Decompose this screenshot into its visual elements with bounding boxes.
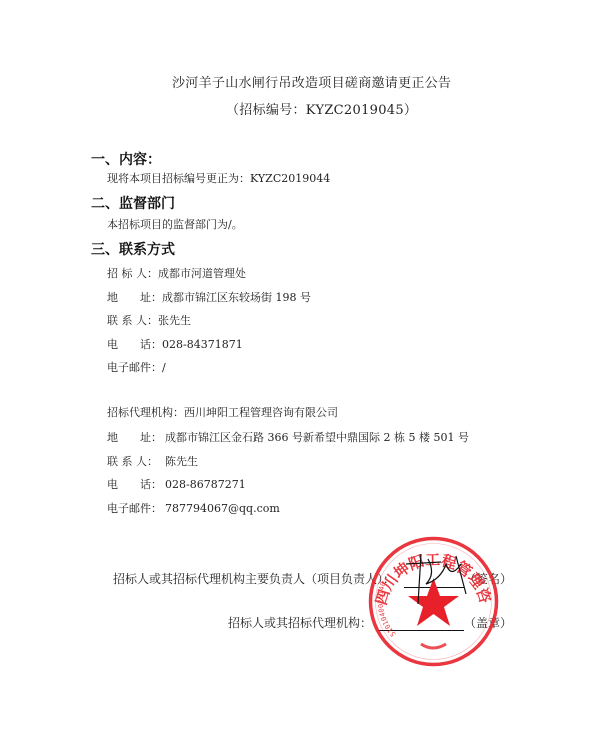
tenderer-contact-label: 联 系 人： (107, 312, 158, 328)
tenderer-phone: 028-84371871 (162, 338, 243, 351)
section-heading-supervision: 二、监督部门 (91, 193, 175, 213)
signature-line1-label: 招标人或其招标代理机构主要负责人（项目负责人）： (113, 570, 395, 587)
agency-name-row: 招标代理机构：西川坤阳工程管理咨询有限公司 (107, 404, 338, 420)
signature-line2-label: 招标人或其招标代理机构： (228, 614, 372, 631)
agency-phone-row: 电 话：028-86787271 (107, 476, 246, 492)
document-subtitle: （招标编号：KYZC2019045） (226, 99, 417, 118)
seal-icon: 四川坤阳工程管理咨询有限公司 5101040025140 (366, 534, 501, 669)
tenderer-address: 成都市锦江区东较场街 198 号 (162, 291, 311, 304)
section-body-supervision: 本招标项目的监督部门为/。 (107, 216, 243, 232)
tenderer-name-row: 招 标 人：成都市河道管理处 (107, 265, 246, 281)
agency-name: 西川坤阳工程管理咨询有限公司 (184, 406, 338, 419)
agency-address-label: 地 址： (107, 429, 165, 445)
agency-address: 成都市锦江区金石路 366 号新希望中鼎国际 2 栋 5 楼 501 号 (165, 431, 469, 444)
agency-address-row: 地 址：成都市锦江区金石路 366 号新希望中鼎国际 2 栋 5 楼 501 号 (107, 429, 469, 445)
agency-phone-label: 电 话： (107, 476, 165, 492)
tenderer-name: 成都市河道管理处 (158, 267, 246, 280)
agency-phone: 028-86787271 (165, 478, 246, 491)
tenderer-email-row: 电子邮件：/ (107, 359, 166, 375)
agency-contact: 陈先生 (165, 455, 198, 468)
section-body-content: 现将本项目招标编号更正为：KYZC2019044 (107, 170, 330, 186)
tenderer-email: / (162, 361, 166, 374)
tenderer-address-label: 地 址： (107, 289, 162, 305)
agency-email-label: 电子邮件： (107, 500, 165, 516)
tenderer-phone-row: 电 话：028-84371871 (107, 336, 243, 352)
tenderer-phone-label: 电 话： (107, 336, 162, 352)
company-seal-stamp: 四川坤阳工程管理咨询有限公司 5101040025140 (366, 534, 501, 669)
document-title: 沙河羊子山水闸行吊改造项目磋商邀请更正公告 (172, 72, 451, 91)
agency-email-row: 电子邮件：787794067@qq.com (107, 500, 280, 516)
section-heading-contact: 三、联系方式 (91, 239, 175, 259)
agency-contact-label: 联 系 人： (107, 453, 165, 469)
tenderer-contact-row: 联 系 人：张先生 (107, 312, 191, 328)
tenderer-email-label: 电子邮件： (107, 359, 162, 375)
tenderer-name-label: 招 标 人： (107, 265, 158, 281)
agency-contact-row: 联 系 人：陈先生 (107, 453, 198, 469)
agency-email: 787794067@qq.com (165, 502, 280, 515)
tenderer-address-row: 地 址：成都市锦江区东较场街 198 号 (107, 289, 311, 305)
agency-name-label: 招标代理机构： (107, 404, 184, 420)
tenderer-contact: 张先生 (158, 314, 191, 327)
section-heading-content: 一、内容： (91, 149, 161, 169)
